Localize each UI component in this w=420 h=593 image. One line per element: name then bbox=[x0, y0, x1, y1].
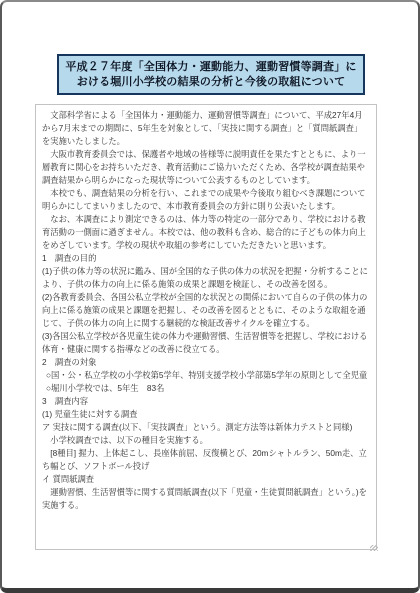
section3-heading: 3 調査内容 bbox=[42, 395, 370, 408]
section1-item: (2)各教育委員会、各国公私立学校が全国的な状況との関係において自らの子供の体力… bbox=[42, 291, 370, 330]
section2-heading: 2 調査の対象 bbox=[42, 356, 370, 369]
section2-item: ○堀川小学校では、5年生 83名 bbox=[42, 382, 370, 395]
content-box: 文部科学省による「全国体力・運動能力、運動習慣等調査」について、平成27年4月か… bbox=[35, 104, 377, 550]
resize-grip-icon bbox=[370, 545, 378, 551]
section1-item: (1)子供の体力等の状況に鑑み、国が全国的な子供の体力の状況を把握・分析すること… bbox=[42, 265, 370, 291]
section1-item: (3)各国公私立学校が各児童生徒の体力や運動習慣、生活習慣等を把握し、学校におけ… bbox=[42, 330, 370, 356]
title-box: 平成２７年度「全国体力・運動能力、運動習慣等調査」に おける堀川小学校の結果の分… bbox=[57, 54, 365, 95]
page-title-line2: おける堀川小学校の結果の分析と今後の取組について bbox=[77, 75, 346, 90]
section3-line: 運動習慣、生活習慣等に関する質問紙調査(以下「児童・生徒質問紙調査」という。)を… bbox=[42, 486, 370, 512]
section3-line: (1) 児童生徒に対する調査 bbox=[42, 408, 370, 421]
intro-paragraph: なお、本調査により測定できるのは、体力等の特定の一部分であり、学校における教育活… bbox=[42, 213, 370, 252]
intro-paragraph: 大阪市教育委員会では、保護者や地域の皆様等に説明責任を果たすとともに、より一層教… bbox=[42, 148, 370, 187]
page-frame: 平成２７年度「全国体力・運動能力、運動習慣等調査」に おける堀川小学校の結果の分… bbox=[0, 0, 420, 593]
section1-heading: 1 調査の目的 bbox=[42, 252, 370, 265]
section3-line: イ 質問紙調査 bbox=[42, 473, 370, 486]
intro-paragraph: 本校でも、調査結果の分析を行い、これまでの成果や今後取り組むべき課題について明ら… bbox=[42, 187, 370, 213]
section2-item: ○国・公・私立学校の小学校第5学年、特別支援学校小学部第5学年の原則として全児童 bbox=[42, 369, 370, 382]
section3-line: ア 実技に関する調査(以下、「実技調査」という。測定方法等は新体力テストと同様) bbox=[42, 421, 370, 434]
section3-line: [8種目] 握力、上体起こし、長座体前屈、反復横とび、20mシャトルラン、50m… bbox=[42, 447, 370, 473]
intro-paragraph: 文部科学省による「全国体力・運動能力、運動習慣等調査」について、平成27年4月か… bbox=[42, 109, 370, 148]
section3-line: 小学校調査では、以下の種目を実施する。 bbox=[42, 434, 370, 447]
page-title-line1: 平成２７年度「全国体力・運動能力、運動習慣等調査」に bbox=[65, 60, 356, 75]
